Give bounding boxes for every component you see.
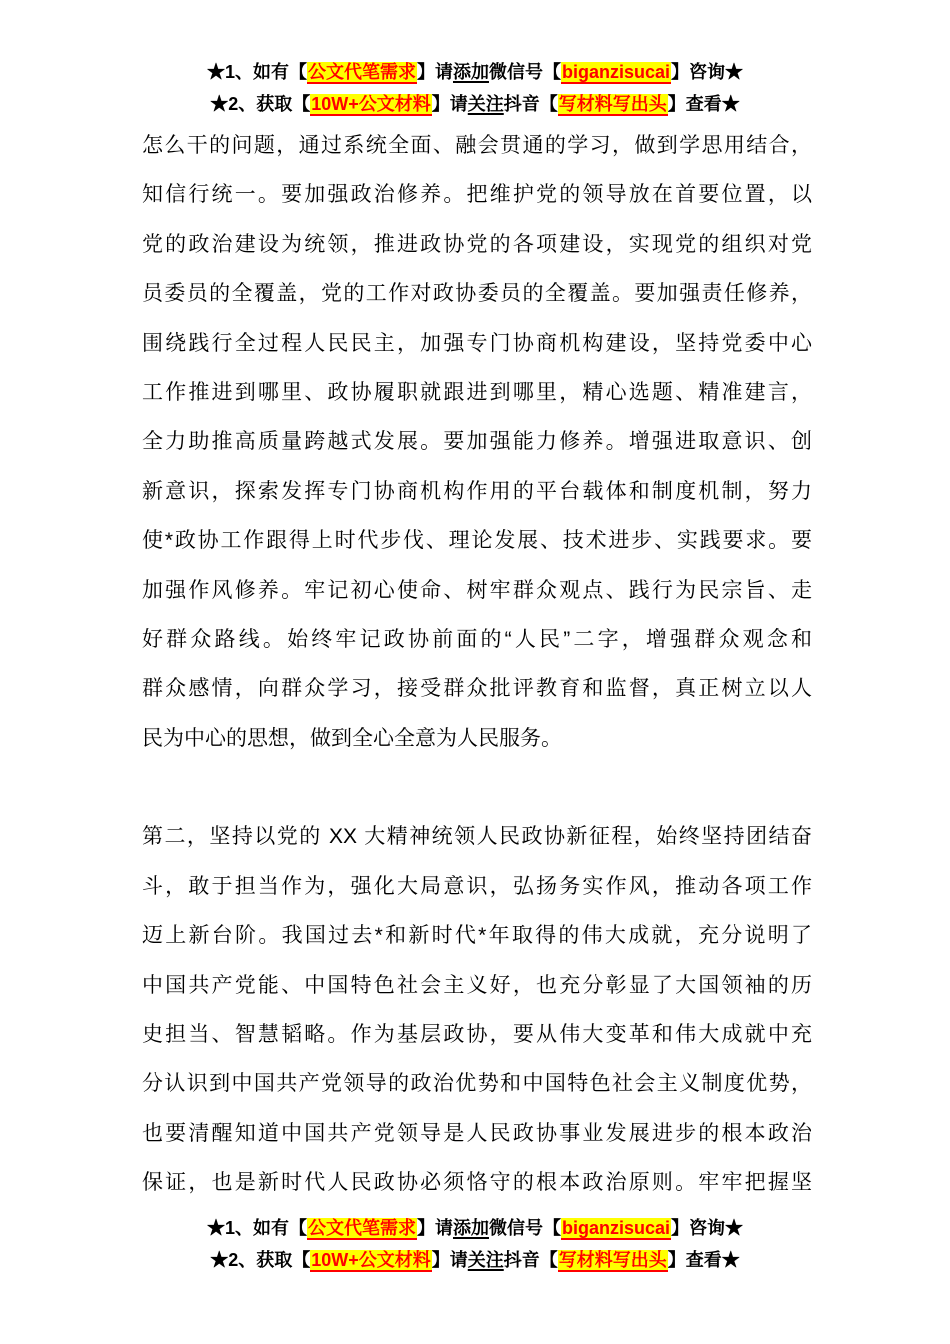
body-line: 史担当、智慧韬略。作为基层政协，要从伟大变革和伟大成就中充	[142, 1010, 812, 1059]
body-line: 加强作风修养。牢记初心使命、树牢群众观点、践行为民宗旨、走	[142, 566, 812, 615]
body-line: 也要清醒知道中国共产党领导是人民政协事业发展进步的根本政治	[142, 1109, 812, 1158]
body-line: 党的政治建设为统领，推进政协党的各项建设，实现党的组织对党	[142, 220, 812, 269]
body-line: 全力助推高质量跨越式发展。要加强能力修养。增强进取意识、创	[142, 417, 812, 466]
body-line: 保证，也是新时代人民政协必须恪守的根本政治原则。牢牢把握坚	[142, 1158, 812, 1207]
body-line: 知信行统一。要加强政治修养。把维护党的领导放在首要位置，以	[142, 170, 812, 219]
promo-highlight-account: 写材料写出头	[558, 94, 668, 116]
promo-underlined-action: 添加	[453, 1218, 489, 1238]
body-line: 好群众路线。始终牢记政协前面的“人民”二字，增强群众观念和	[142, 615, 812, 664]
body-line: 工作推进到哪里、政协履职就跟进到哪里，精心选题、精准建言，	[142, 368, 812, 417]
body-line: 围绕践行全过程人民民主，加强专门协商机构建设，坚持党委中心	[142, 319, 812, 368]
promo-channel-label: 微信号【	[489, 62, 561, 82]
promo-footer: ★1、如有【公文代笔需求】请添加微信号【biganzisucai】咨询★ ★2、…	[0, 1212, 950, 1276]
body-line: 迈上新台阶。我国过去*和新时代*年取得的伟大成就，充分说明了	[142, 911, 812, 960]
promo-highlight-service: 10W+公文材料	[310, 94, 432, 116]
promo-suffix: 】查看★	[668, 94, 740, 114]
promo-after-highlight: 】请	[432, 94, 468, 114]
promo-suffix: 】查看★	[668, 1250, 740, 1270]
promo-prefix: ★2、获取【	[210, 94, 310, 114]
promo-suffix: 】咨询★	[671, 62, 743, 82]
promo-underlined-action: 关注	[468, 94, 504, 114]
promo-highlight-service: 公文代笔需求	[307, 1218, 417, 1240]
promo-header-line-1: ★1、如有【公文代笔需求】请添加微信号【biganzisucai】咨询★	[0, 56, 950, 88]
promo-channel-label: 抖音【	[504, 1250, 558, 1270]
body-line: 群众感情，向群众学习，接受群众批评教育和监督，真正树立以人	[142, 664, 812, 713]
body-line: 第二，坚持以党的 XX 大精神统领人民政协新征程，始终坚持团结奋	[142, 812, 812, 861]
body-line: 分认识到中国共产党领导的政治优势和中国特色社会主义制度优势，	[142, 1059, 812, 1108]
promo-after-highlight: 】请	[417, 1218, 453, 1238]
promo-highlight-account: 写材料写出头	[558, 1250, 668, 1272]
paragraph-gap	[142, 763, 812, 812]
promo-after-highlight: 】请	[417, 62, 453, 82]
promo-footer-line-1: ★1、如有【公文代笔需求】请添加微信号【biganzisucai】咨询★	[0, 1212, 950, 1244]
promo-underlined-action: 关注	[468, 1250, 504, 1270]
promo-highlight-account: biganzisucai	[561, 62, 671, 84]
promo-prefix: ★2、获取【	[210, 1250, 310, 1270]
body-line: 中国共产党能、中国特色社会主义好，也充分彰显了大国领袖的历	[142, 961, 812, 1010]
document-page: ★1、如有【公文代笔需求】请添加微信号【biganzisucai】咨询★ ★2、…	[0, 0, 950, 1344]
document-body: 怎么干的问题，通过系统全面、融会贯通的学习，做到学思用结合， 知信行统一。要加强…	[142, 121, 812, 1208]
body-line: 怎么干的问题，通过系统全面、融会贯通的学习，做到学思用结合，	[142, 121, 812, 170]
promo-suffix: 】咨询★	[671, 1218, 743, 1238]
promo-prefix: ★1、如有【	[207, 1218, 307, 1238]
promo-channel-label: 抖音【	[504, 94, 558, 114]
promo-header-line-2: ★2、获取【10W+公文材料】请关注抖音【写材料写出头】查看★	[0, 88, 950, 120]
body-line: 员委员的全覆盖，党的工作对政协委员的全覆盖。要加强责任修养，	[142, 269, 812, 318]
promo-highlight-service: 公文代笔需求	[307, 62, 417, 84]
body-line-paragraph-end: 民为中心的思想，做到全心全意为人民服务。	[142, 714, 812, 763]
body-line: 斗，敢于担当作为，强化大局意识，弘扬务实作风，推动各项工作	[142, 862, 812, 911]
body-line: 使*政协工作跟得上时代步伐、理论发展、技术进步、实践要求。要	[142, 516, 812, 565]
promo-highlight-account: biganzisucai	[561, 1218, 671, 1240]
promo-footer-line-2: ★2、获取【10W+公文材料】请关注抖音【写材料写出头】查看★	[0, 1244, 950, 1276]
promo-highlight-service: 10W+公文材料	[310, 1250, 432, 1272]
promo-header: ★1、如有【公文代笔需求】请添加微信号【biganzisucai】咨询★ ★2、…	[0, 56, 950, 120]
promo-prefix: ★1、如有【	[207, 62, 307, 82]
promo-channel-label: 微信号【	[489, 1218, 561, 1238]
body-line: 新意识，探索发挥专门协商机构作用的平台载体和制度机制，努力	[142, 467, 812, 516]
promo-after-highlight: 】请	[432, 1250, 468, 1270]
promo-underlined-action: 添加	[453, 62, 489, 82]
